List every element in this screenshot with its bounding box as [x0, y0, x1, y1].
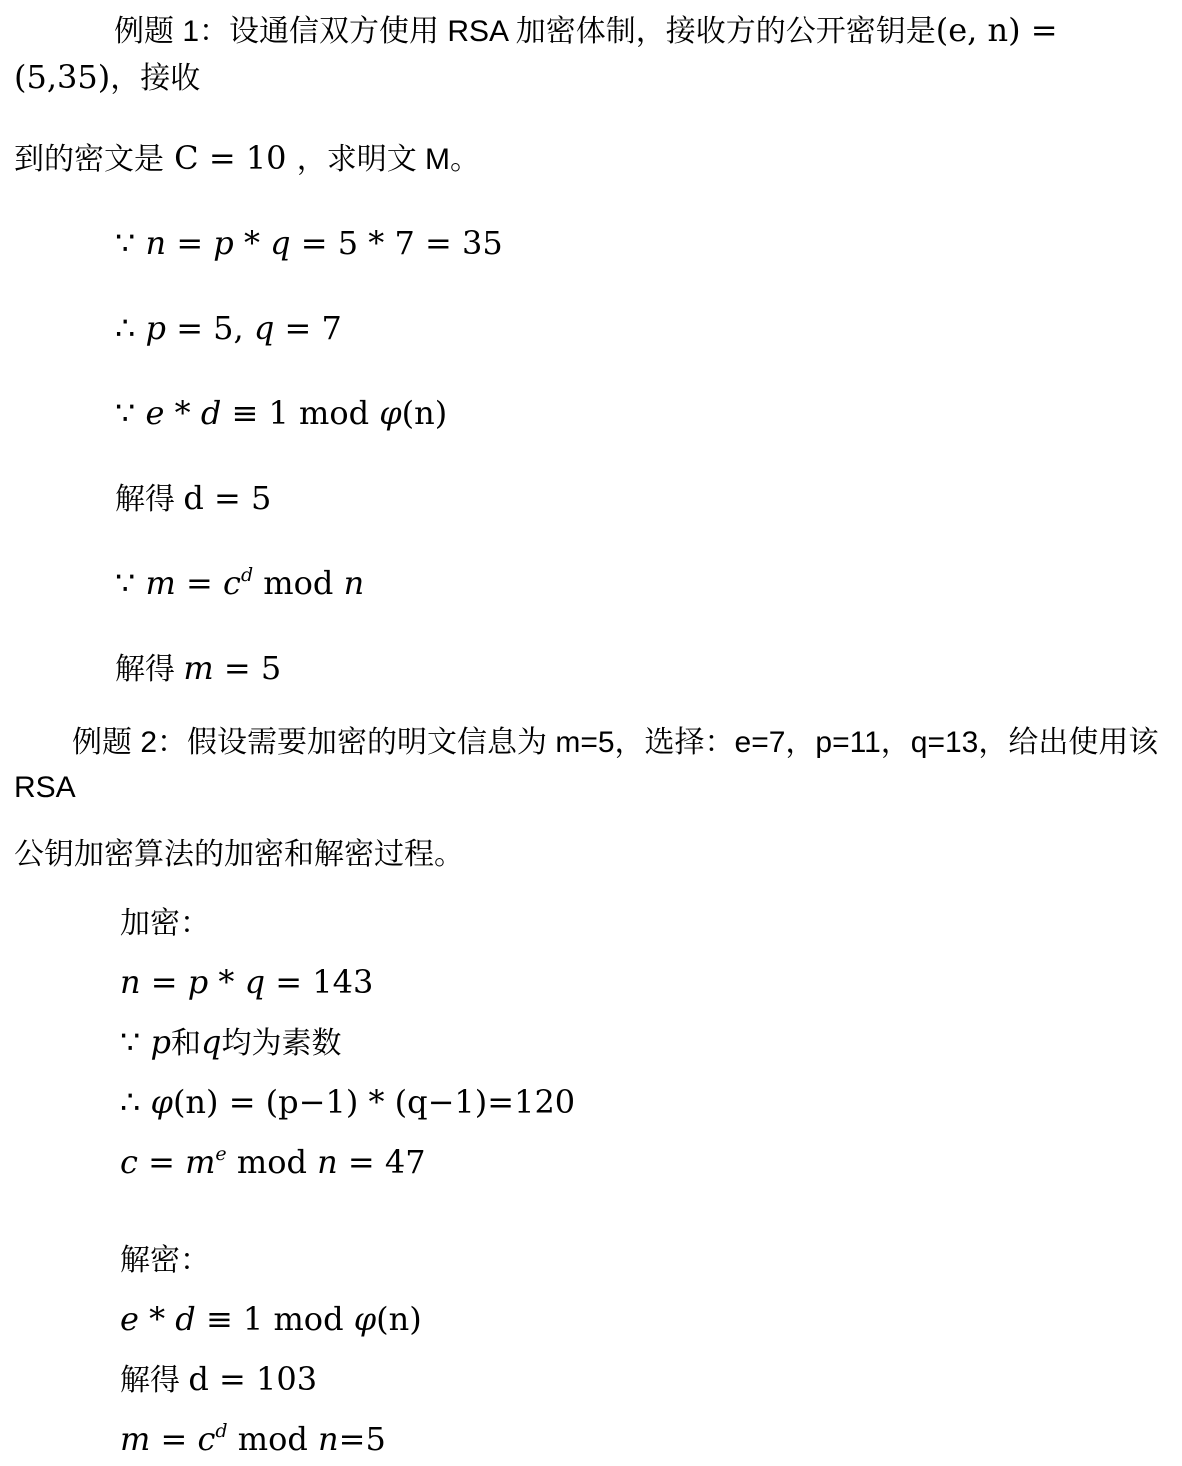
text-segment: e	[215, 1143, 226, 1165]
text-segment: φ	[354, 1300, 376, 1338]
text-segment: m	[185, 1143, 215, 1181]
text-segment: C = 10	[164, 139, 297, 177]
text-segment: = 47	[338, 1143, 426, 1181]
text-segment: =	[176, 564, 223, 602]
text-segment: q	[254, 309, 274, 347]
text-segment: n	[317, 1143, 338, 1181]
text-segment: c	[120, 1143, 138, 1181]
text-segment: n	[146, 224, 167, 262]
text-segment: ∴	[115, 309, 146, 347]
text-segment: n	[344, 564, 365, 602]
text-segment: φ	[151, 1083, 173, 1121]
text-segment: d	[215, 1420, 227, 1442]
text-segment: ∵	[120, 1023, 151, 1061]
text-segment: =	[166, 224, 213, 262]
text-segment: (n)	[402, 394, 448, 432]
text-segment: (n)	[376, 1300, 422, 1338]
enc-formula-n: n = p * q = 143	[120, 962, 1182, 1009]
text-segment: q	[245, 963, 265, 1001]
text-segment: ≡ 1 mod	[196, 1300, 354, 1338]
text-segment: ∵	[115, 224, 146, 262]
document-page: 例题 1：设通信双方使用 RSA 加密体制，接收方的公开密钥是(e, n) = …	[0, 0, 1182, 1466]
text-segment: ∴	[120, 1083, 151, 1121]
dec-formula-ed: e * d ≡ 1 mod φ(n)	[120, 1299, 1182, 1346]
text-segment: d	[241, 564, 253, 586]
dec-solve-d: 解得 d = 103	[120, 1359, 1182, 1406]
text-segment: 公钥加密算法的加密和解密过程。	[14, 838, 464, 871]
text-segment: ，求明文 M。	[297, 143, 480, 176]
enc-formula-phi: ∴ φ(n) = (p−1) * (q−1)=120	[120, 1082, 1182, 1129]
text-segment: mod	[228, 1420, 318, 1458]
text-segment: 解得	[115, 653, 183, 686]
text-segment: p	[213, 224, 233, 262]
text-segment: 例题 2：假设需要加密的明文信息为 m=5，选择：e=7，p=11，q=13，给…	[14, 726, 1167, 804]
decrypt-label: 解密：	[120, 1241, 1182, 1286]
text-segment: =	[141, 963, 188, 1001]
text-segment: =	[150, 1420, 197, 1458]
text-segment: p	[146, 309, 166, 347]
text-segment: = 5 * 7 = 35	[291, 224, 503, 262]
text-segment: e	[146, 394, 165, 432]
example1-intro-line1: 例题 1：设通信双方使用 RSA 加密体制，接收方的公开密钥是(e, n) = …	[14, 10, 1166, 104]
example2-intro-line2: 公钥加密算法的加密和解密过程。	[14, 835, 1166, 880]
encrypt-label: 加密：	[120, 904, 1182, 949]
text-segment: = 143	[265, 963, 373, 1001]
example1-intro-line2: 到的密文是 C = 10 ，求明文 M。	[14, 138, 1166, 185]
text-segment: 均为素数	[222, 1027, 342, 1060]
text-segment: = 7	[274, 309, 342, 347]
text-segment: *	[139, 1300, 175, 1338]
text-segment: m	[183, 649, 213, 687]
text-segment: mod	[253, 564, 343, 602]
text-segment: c	[198, 1420, 216, 1458]
text-segment: n	[318, 1420, 339, 1458]
text-segment: mod	[227, 1143, 317, 1181]
text-segment: e	[120, 1300, 139, 1338]
example2-intro-line1: 例题 2：假设需要加密的明文信息为 m=5，选择：e=7，p=11，q=13，给…	[14, 723, 1166, 813]
text-segment: d	[175, 1300, 195, 1338]
text-segment: c	[223, 564, 241, 602]
ex1-solve-m: 解得 m = 5	[115, 648, 1182, 695]
text-segment: ∵	[115, 394, 146, 432]
ex1-formula-pq: ∴ p = 5, q = 7	[115, 308, 1182, 355]
text-segment: *	[164, 394, 200, 432]
text-segment: p	[151, 1023, 171, 1061]
text-segment: =	[138, 1143, 185, 1181]
text-segment: ∵	[115, 564, 146, 602]
text-segment: = 5,	[166, 309, 254, 347]
text-segment: *	[234, 224, 270, 262]
text-segment: *	[208, 963, 244, 1001]
text-segment: ，接收	[110, 62, 200, 95]
text-segment: ≡ 1 mod	[221, 394, 379, 432]
text-segment: 到的密文是	[14, 143, 164, 176]
text-segment: d	[201, 394, 221, 432]
text-segment: 加密：	[120, 907, 210, 940]
text-segment: p	[188, 963, 208, 1001]
text-segment: q	[201, 1023, 221, 1061]
text-segment: 解密：	[120, 1244, 210, 1277]
text-segment: d = 103	[188, 1360, 317, 1398]
text-segment: 和	[171, 1027, 201, 1060]
text-segment: (n) = (p−1) * (q−1)=120	[173, 1083, 575, 1121]
text-segment: =5	[339, 1420, 386, 1458]
text-segment: φ	[379, 394, 401, 432]
text-segment: n	[120, 963, 141, 1001]
ex1-solve-d: 解得 d = 5	[115, 478, 1182, 525]
text-segment: d = 5	[183, 479, 271, 517]
ex1-formula-m: ∵ m = cd mod n	[115, 563, 1182, 610]
text-segment: 解得	[115, 483, 183, 516]
dec-formula-m: m = cd mod n=5	[120, 1419, 1182, 1466]
text-segment: 解得	[120, 1364, 188, 1397]
enc-formula-c: c = me mod n = 47	[120, 1142, 1182, 1189]
text-segment: = 5	[214, 649, 282, 687]
text-segment: 例题 1：设通信双方使用 RSA 加密体制，接收方的公开密钥是	[114, 15, 936, 48]
ex1-formula-n: ∵ n = p * q = 5 * 7 = 35	[115, 223, 1182, 270]
enc-premise-primes: ∵ p和q均为素数	[120, 1022, 1182, 1069]
text-segment: q	[270, 224, 290, 262]
ex1-formula-ed: ∵ e * d ≡ 1 mod φ(n)	[115, 393, 1182, 440]
text-segment: m	[120, 1420, 150, 1458]
text-segment: m	[146, 564, 176, 602]
